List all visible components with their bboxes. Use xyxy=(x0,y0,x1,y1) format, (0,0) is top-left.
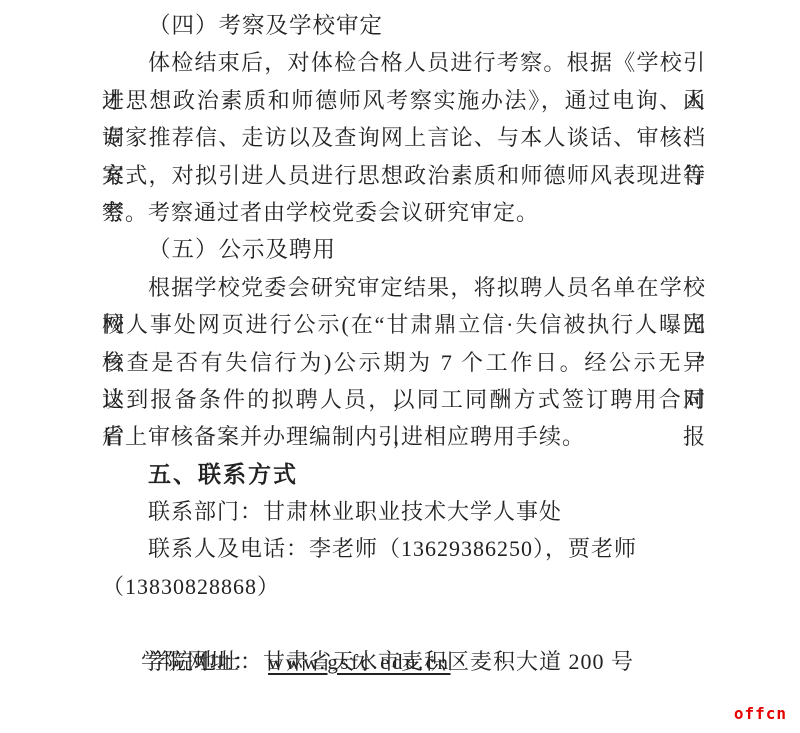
contact-website-line: 学院网址：www.gsfc.edu.cn xyxy=(102,605,706,642)
paragraph-line: 才思想政治素质和师德师风考察实施办法》，通过电询、函调、 xyxy=(102,82,706,119)
paragraph-line: 根据学校党委会研究审定结果，将拟聘人员名单在学校校园 xyxy=(102,269,706,306)
contact-section-heading: 五、联系方式 xyxy=(102,456,706,493)
document-body: （四）考察及学校审定 体检结束后，对体检合格人员进行考察。根据《学校引进人 才思… xyxy=(102,7,706,680)
document-page: （四）考察及学校审定 体检结束后，对体检合格人员进行考察。根据《学校引进人 才思… xyxy=(0,0,800,733)
section-heading-4: （四）考察及学校审定 xyxy=(102,7,706,44)
offcn-watermark: offcn xyxy=(734,704,787,723)
paragraph-line: 达到报备条件的拟聘人员，以同工同酬方式签订聘用合同后，报 xyxy=(102,381,706,418)
contact-phone-line-2: （13830828868） xyxy=(102,568,706,605)
paragraph-line: 察。考察通过者由学校党委会议研究审定。 xyxy=(102,194,706,231)
contact-address-line: 学院地址：甘肃省天水市麦积区麦积大道 200 号 xyxy=(102,643,706,680)
section-heading-5: （五）公示及聘用 xyxy=(102,231,706,268)
paragraph-line: 核查是否有失信行为)公示期为 7 个工作日。经公示无异议，对 xyxy=(102,344,706,381)
paragraph-line: 网人事处网页进行公示(在“甘肃鼎立信·失信被执行人曝光台” xyxy=(102,306,706,343)
paragraph-line: 方式，对拟引进人员进行思想政治素质和师德师风表现进行考 xyxy=(102,157,706,194)
paragraph-line: 体检结束后，对体检合格人员进行考察。根据《学校引进人 xyxy=(102,44,706,81)
contact-phone-line: 联系人及电话：李老师（13629386250），贾老师 xyxy=(102,530,706,567)
paragraph-line: 专家推荐信、走访以及查询网上言论、与本人谈话、审核档案等 xyxy=(102,119,706,156)
contact-dept-line: 联系部门：甘肃林业职业技术大学人事处 xyxy=(102,493,706,530)
